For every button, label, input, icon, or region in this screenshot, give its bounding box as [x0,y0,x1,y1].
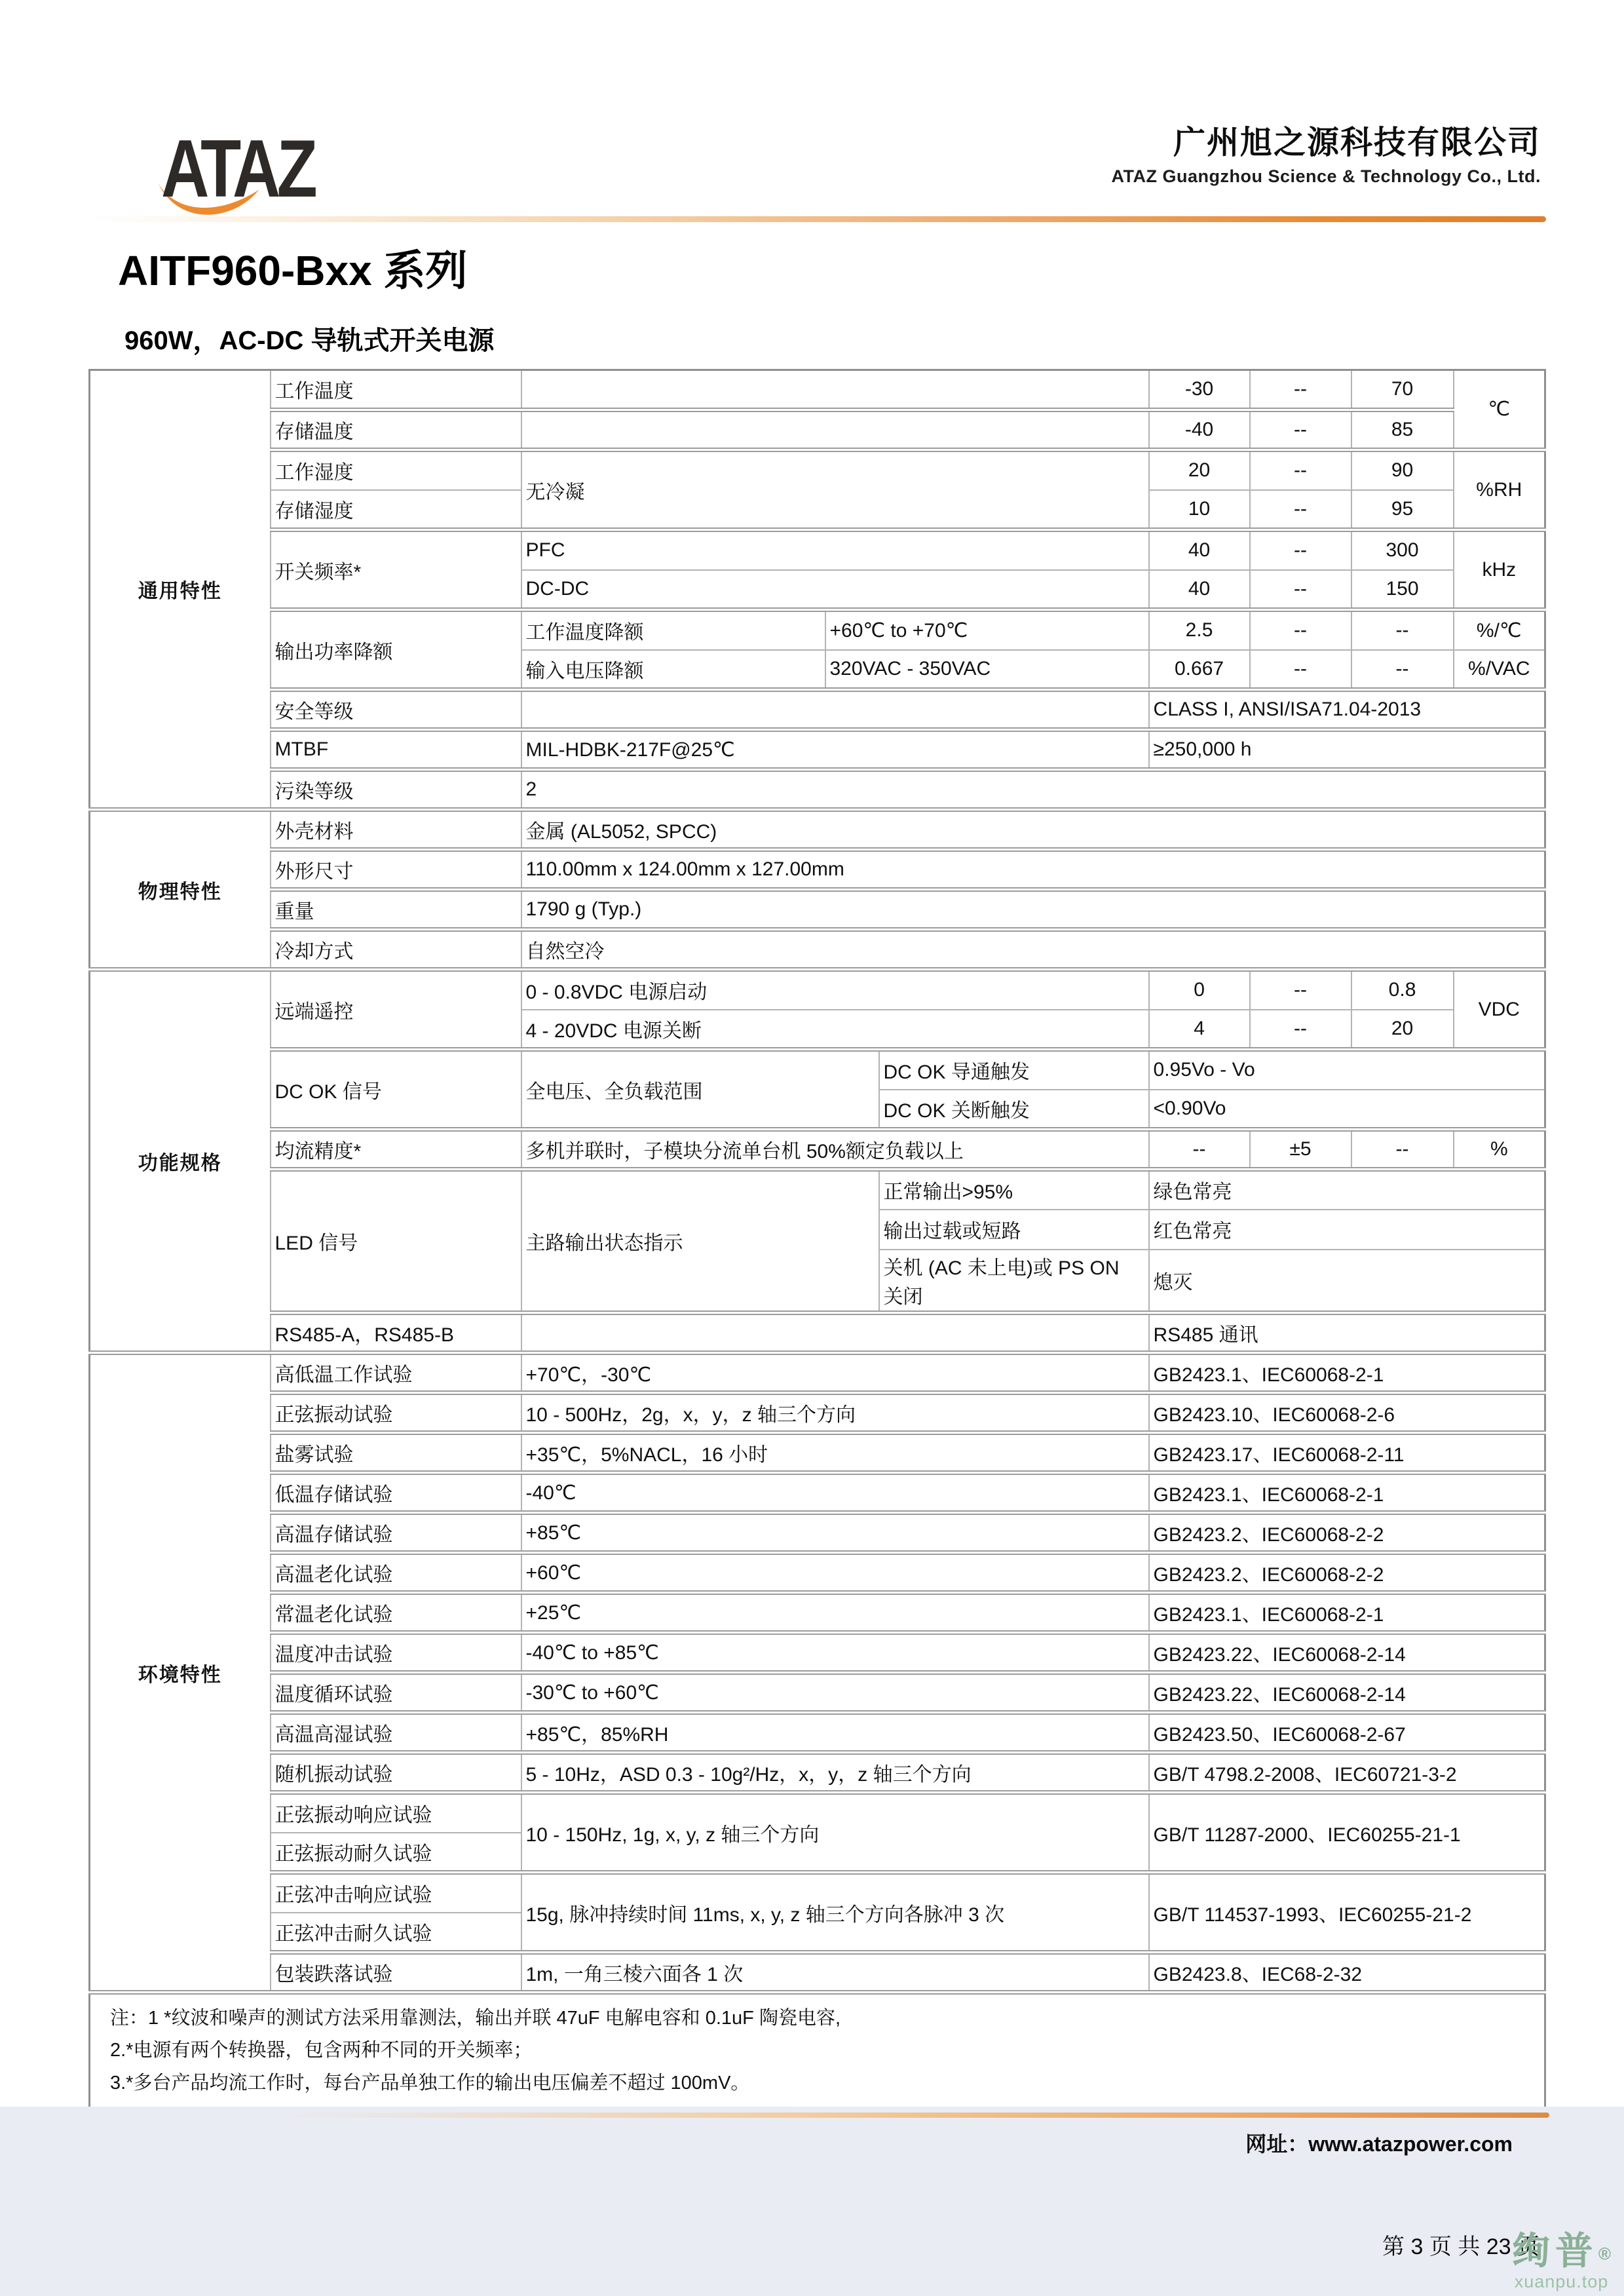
table-cell: 320VAC - 350VAC [825,650,1149,690]
table-row: 随机振动试验 5 - 10Hz，ASD 0.3 - 10g²/Hz，x，y，z … [90,1753,1545,1793]
table-row: 环境特性 高低温工作试验 +70℃，-30℃ GB2423.1、IEC60068… [90,1353,1545,1393]
table-row: 存储温度 -40 -- 85 [90,410,1545,450]
table-cell: 温度循环试验 [271,1673,521,1713]
table-cell: 正弦振动响应试验 [271,1793,521,1833]
table-row: 高温老化试验 +60℃ GB2423.2、IEC60068-2-2 [90,1553,1545,1593]
table-cell: 工作温度 [271,370,521,410]
company-block: 广州旭之源科技有限公司 ATAZ Guangzhou Science & Tec… [1112,124,1541,187]
table-cell: 高低温工作试验 [271,1353,521,1393]
table-cell: RS485-A，RS485-B [271,1313,521,1353]
note-line-3: 3.*多台产品均流工作时，每台产品单独工作的输出电压偏差不超过 100mV。 [110,2067,1531,2099]
table-cell: 正弦振动试验 [271,1393,521,1433]
registered-icon: ® [1598,2244,1611,2264]
table-row: 功能规格 远端遥控 0 - 0.8VDC 电源启动 0 -- 0.8 VDC [90,970,1545,1010]
table-row: 重量 1790 g (Typ.) [90,890,1545,930]
table-row: 包装跌落试验 1m, 一角三棱六面各 1 次 GB2423.8、IEC68-2-… [90,1953,1545,1993]
website-text: 网址：www.atazpower.com [1245,2128,1513,2158]
table-cell: -- [1250,1010,1351,1050]
table-row: 高温存储试验 +85℃ GB2423.2、IEC60068-2-2 [90,1513,1545,1553]
table-cell: +85℃，85%RH [521,1713,1149,1753]
table-cell: 110.00mm x 124.00mm x 127.00mm [521,850,1545,890]
table-cell: -- [1250,610,1351,650]
table-row: 工作湿度 无冷凝 20 -- 90 %RH [90,450,1545,490]
table-cell: 高温存储试验 [271,1513,521,1553]
table-cell: 70 [1351,370,1454,410]
table-cell: 存储温度 [271,410,521,450]
table-cell: 绿色常亮 [1149,1170,1545,1210]
table-cell: ≥250,000 h [1149,730,1545,770]
table-cell: 1790 g (Typ.) [521,890,1545,930]
table-row: MTBF MIL-HDBK-217F@25℃ ≥250,000 h [90,730,1545,770]
spec-table: 通用特性 工作温度 -30 -- 70 ℃ 存储温度 -40 -- 85 工作湿… [88,369,1546,2109]
table-cell: 工作湿度 [271,450,521,490]
watermark: 绚普® xuanpu.top [1504,2232,1619,2291]
company-name-cn: 广州旭之源科技有限公司 [1112,124,1541,161]
table-row: 低温存储试验 -40℃ GB2423.1、IEC60068-2-1 [90,1473,1545,1513]
logo-text: ATAZ [161,128,339,210]
table-cell: ±5 [1250,1130,1351,1170]
table-cell: GB2423.10、IEC60068-2-6 [1149,1393,1545,1433]
table-cell: GB2423.1、IEC60068-2-1 [1149,1473,1545,1513]
table-cell: 全电压、全负载范围 [521,1050,879,1130]
table-cell: 20 [1149,450,1250,490]
table-row: 物理特性 外壳材料 金属 (AL5052, SPCC) [90,810,1545,850]
table-cell: 150 [1351,570,1454,610]
datasheet-page: ATAZ 广州旭之源科技有限公司 ATAZ Guangzhou Science … [0,0,1624,2296]
table-cell [521,690,1149,730]
table-cell: -- [1351,1130,1454,1170]
table-cell: 金属 (AL5052, SPCC) [521,810,1545,850]
table-cell: 2 [521,770,1545,810]
table-cell: 污染等级 [271,770,521,810]
table-cell: 包装跌落试验 [271,1953,521,1993]
table-row: 正弦振动响应试验 10 - 150Hz, 1g, x, y, z 轴三个方向 G… [90,1793,1545,1833]
page-subtitle: 960W，AC-DC 导轨式开关电源 [124,320,494,357]
table-cell: 盐雾试验 [271,1433,521,1473]
table-cell: 工作温度降额 [521,610,825,650]
table-cell: GB/T 11287-2000、IEC60255-21-1 [1149,1793,1545,1873]
table-cell: 40 [1149,530,1250,570]
table-cell: LED 信号 [271,1170,521,1313]
table-cell [521,410,1149,450]
table-cell: GB2423.8、IEC68-2-32 [1149,1953,1545,1993]
table-cell: MTBF [271,730,521,770]
table-cell: 熄灭 [1149,1250,1545,1313]
table-cell: DC OK 导通触发 [879,1050,1149,1090]
table-cell: 95 [1351,490,1454,530]
table-cell: 红色常亮 [1149,1210,1545,1250]
table-cell: <0.90Vo [1149,1090,1545,1130]
table-row: 常温老化试验 +25℃ GB2423.1、IEC60068-2-1 [90,1593,1545,1633]
note-line-2: 2.*电源有两个转换器，包含两种不同的开关频率； [110,2035,1531,2067]
section-label: 通用特性 [90,370,271,810]
table-cell: 2.5 [1149,610,1250,650]
table-cell: 0.95Vo - Vo [1149,1050,1545,1090]
table-cell: 4 [1149,1010,1250,1050]
table-cell: GB/T 114537-1993、IEC60255-21-2 [1149,1873,1545,1953]
table-row: 正弦振动试验 10 - 500Hz，2g，x，y，z 轴三个方向 GB2423.… [90,1393,1545,1433]
table-cell: +85℃ [521,1513,1149,1553]
table-cell: -30℃ to +60℃ [521,1673,1149,1713]
table-cell: 输出功率降额 [271,610,521,690]
table-cell: GB2423.17、IEC60068-2-11 [1149,1433,1545,1473]
table-cell: 4 - 20VDC 电源关断 [521,1010,1149,1050]
table-cell: -40 [1149,410,1250,450]
table-cell: 温度冲击试验 [271,1633,521,1673]
table-cell: -- [1351,610,1454,650]
table-cell: 低温存储试验 [271,1473,521,1513]
table-cell: +25℃ [521,1593,1149,1633]
table-cell: 冷却方式 [271,930,521,970]
table-cell: -- [1250,530,1351,570]
table-cell [521,370,1149,410]
table-cell: 高温老化试验 [271,1553,521,1593]
table-cell: -- [1351,650,1454,690]
table-row: 冷却方式 自然空冷 [90,930,1545,970]
table-cell: GB2423.1、IEC60068-2-1 [1149,1593,1545,1633]
table-row: 污染等级 2 [90,770,1545,810]
table-row: 盐雾试验 +35℃，5%NACL，16 小时 GB2423.17、IEC6006… [90,1433,1545,1473]
table-cell: 无冷凝 [521,450,1149,530]
table-row: RS485-A，RS485-B RS485 通讯 [90,1313,1545,1353]
table-cell: 外壳材料 [271,810,521,850]
table-cell: 85 [1351,410,1454,450]
table-cell: 远端遥控 [271,970,521,1050]
table-cell: 正弦冲击响应试验 [271,1873,521,1913]
table-cell: VDC [1454,970,1545,1050]
table-cell: GB2423.50、IEC60068-2-67 [1149,1713,1545,1753]
table-cell: DC OK 信号 [271,1050,521,1130]
table-cell: -- [1250,570,1351,610]
section-label: 功能规格 [90,970,271,1353]
table-cell: CLASS I, ANSI/ISA71.04-2013 [1149,690,1545,730]
notes-cell: 注：1 *纹波和噪声的测试方法采用靠测法，输出并联 47uF 电解电容和 0.1… [90,1993,1545,2109]
table-cell: +60℃ [521,1553,1149,1593]
table-row: 正弦冲击响应试验 15g, 脉冲持续时间 11ms, x, y, z 轴三个方向… [90,1873,1545,1913]
table-cell: -- [1250,650,1351,690]
table-cell: 开关频率* [271,530,521,610]
table-cell: 0 - 0.8VDC 电源启动 [521,970,1149,1010]
table-cell: 均流精度* [271,1130,521,1170]
section-label: 环境特性 [90,1353,271,1993]
table-cell: 10 [1149,490,1250,530]
watermark-domain: xuanpu.top [1504,2273,1619,2291]
table-cell: 正弦振动耐久试验 [271,1833,521,1873]
table-cell: 安全等级 [271,690,521,730]
company-logo: ATAZ [161,128,377,214]
table-cell: -40℃ to +85℃ [521,1633,1149,1673]
table-cell: -- [1250,450,1351,490]
table-cell: 40 [1149,570,1250,610]
table-cell: 关机 (AC 未上电)或 PS ON 关闭 [879,1250,1149,1313]
table-cell: 自然空冷 [521,930,1545,970]
table-cell: 1m, 一角三棱六面各 1 次 [521,1953,1149,1993]
table-cell: 0 [1149,970,1250,1010]
table-cell: +35℃，5%NACL，16 小时 [521,1433,1149,1473]
watermark-text: 绚普 [1512,2230,1598,2272]
table-cell: 5 - 10Hz，ASD 0.3 - 10g²/Hz，x，y，z 轴三个方向 [521,1753,1149,1793]
table-cell: %/℃ [1454,610,1545,650]
table-cell: 输出过载或短路 [879,1210,1149,1250]
header-divider [92,216,1546,222]
table-cell: 15g, 脉冲持续时间 11ms, x, y, z 轴三个方向各脉冲 3 次 [521,1873,1149,1953]
table-cell: -- [1250,970,1351,1010]
table-cell: 正弦冲击耐久试验 [271,1913,521,1953]
table-cell: GB2423.22、IEC60068-2-14 [1149,1673,1545,1713]
table-cell: -- [1250,490,1351,530]
table-cell: PFC [521,530,1149,570]
table-row: 外形尺寸 110.00mm x 124.00mm x 127.00mm [90,850,1545,890]
table-row: 输出功率降额 工作温度降额 +60℃ to +70℃ 2.5 -- -- %/℃ [90,610,1545,650]
table-cell: 多机并联时，子模块分流单台机 50%额定负载以上 [521,1130,1149,1170]
table-row: 温度循环试验 -30℃ to +60℃ GB2423.22、IEC60068-2… [90,1673,1545,1713]
company-name-en: ATAZ Guangzhou Science & Technology Co.,… [1112,166,1541,187]
table-row: DC OK 信号 全电压、全负载范围 DC OK 导通触发 0.95Vo - V… [90,1050,1545,1090]
table-cell: % [1454,1130,1545,1170]
table-cell: -- [1250,410,1351,450]
table-cell: 0.8 [1351,970,1454,1010]
table-cell: RS485 通讯 [1149,1313,1545,1353]
table-cell: 90 [1351,450,1454,490]
table-cell: 0.667 [1149,650,1250,690]
table-cell: 300 [1351,530,1454,570]
table-cell: %/VAC [1454,650,1545,690]
table-cell: -40℃ [521,1473,1149,1513]
table-cell: 10 - 150Hz, 1g, x, y, z 轴三个方向 [521,1793,1149,1873]
table-cell: GB2423.2、IEC60068-2-2 [1149,1553,1545,1593]
table-cell: 存储湿度 [271,490,521,530]
table-cell: %RH [1454,450,1545,530]
table-cell: -30 [1149,370,1250,410]
table-cell: 10 - 500Hz，2g，x，y，z 轴三个方向 [521,1393,1149,1433]
table-row: 高温高湿试验 +85℃，85%RH GB2423.50、IEC60068-2-6… [90,1713,1545,1753]
table-cell: +70℃，-30℃ [521,1353,1149,1393]
table-cell: DC OK 关断触发 [879,1090,1149,1130]
table-cell: 常温老化试验 [271,1593,521,1633]
table-cell: ℃ [1454,370,1545,450]
table-cell: 重量 [271,890,521,930]
table-cell: GB2423.1、IEC60068-2-1 [1149,1353,1545,1393]
table-row: 安全等级 CLASS I, ANSI/ISA71.04-2013 [90,690,1545,730]
section-label: 物理特性 [90,810,271,970]
table-row: 开关频率* PFC 40 -- 300 kHz [90,530,1545,570]
table-cell: +60℃ to +70℃ [825,610,1149,650]
page-title: AITF960-Bxx 系列 [118,237,467,297]
table-cell: 正常输出>95% [879,1170,1149,1210]
table-cell: DC-DC [521,570,1149,610]
footer: 网址：www.atazpower.com 第 3 页 共 23 页 绚普® xu… [0,2107,1624,2296]
footer-divider [282,2113,1549,2118]
note-line-1: 注：1 *纹波和噪声的测试方法采用靠测法，输出并联 47uF 电解电容和 0.1… [110,2002,1531,2035]
table-cell: -- [1250,370,1351,410]
table-notes-row: 注：1 *纹波和噪声的测试方法采用靠测法，输出并联 47uF 电解电容和 0.1… [90,1993,1545,2109]
table-cell: MIL-HDBK-217F@25℃ [521,730,1149,770]
table-row: 通用特性 工作温度 -30 -- 70 ℃ [90,370,1545,410]
table-cell [521,1313,1149,1353]
table-cell: GB2423.2、IEC60068-2-2 [1149,1513,1545,1553]
table-cell: 随机振动试验 [271,1753,521,1793]
table-row: 温度冲击试验 -40℃ to +85℃ GB2423.22、IEC60068-2… [90,1633,1545,1673]
table-row: 均流精度* 多机并联时，子模块分流单台机 50%额定负载以上 -- ±5 -- … [90,1130,1545,1170]
table-cell: -- [1149,1130,1250,1170]
table-cell: 外形尺寸 [271,850,521,890]
table-row: LED 信号 主路输出状态指示 正常输出>95% 绿色常亮 [90,1170,1545,1210]
table-cell: 输入电压降额 [521,650,825,690]
table-cell: GB2423.22、IEC60068-2-14 [1149,1633,1545,1673]
table-cell: kHz [1454,530,1545,610]
table-cell: GB/T 4798.2-2008、IEC60721-3-2 [1149,1753,1545,1793]
table-cell: 高温高湿试验 [271,1713,521,1753]
table-cell: 主路输出状态指示 [521,1170,879,1313]
table-cell: 20 [1351,1010,1454,1050]
